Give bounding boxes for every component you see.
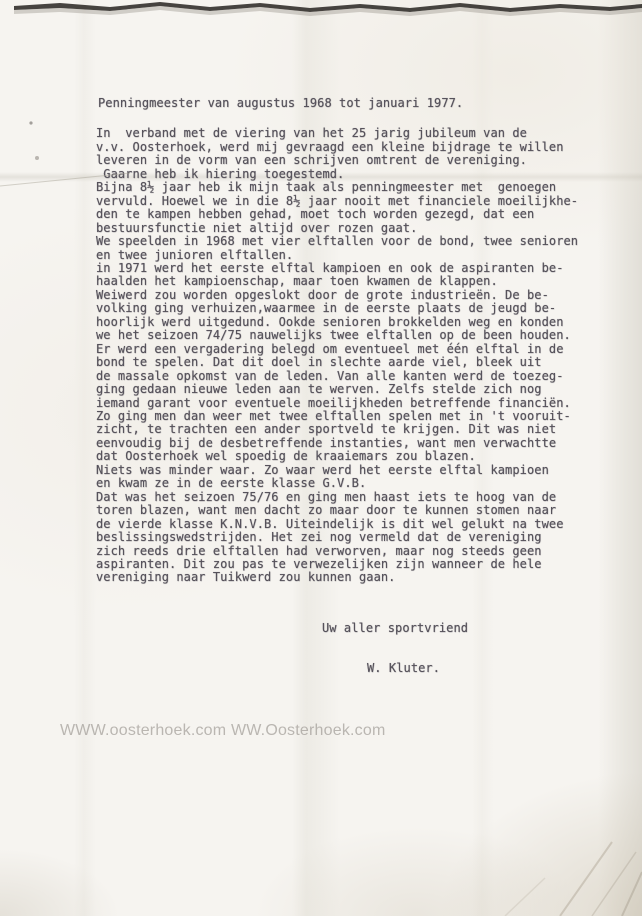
letter-body: In verband met de viering van het 25 jar… — [96, 127, 588, 584]
wrinkle-line — [622, 872, 642, 916]
scanned-letter-page: Penningmeester van augustus 1968 tot jan… — [0, 0, 642, 916]
letter-signoff: Uw aller sportvriend — [322, 622, 588, 635]
wrinkle-line — [505, 878, 545, 916]
wrinkle-line — [592, 852, 636, 916]
letter-closing: Uw aller sportvriend W. Kluter. — [96, 595, 588, 703]
paper-speck — [35, 156, 39, 160]
paper-speck — [29, 121, 32, 124]
wrinkle-line — [560, 842, 612, 916]
letter-signature: W. Kluter. — [367, 662, 588, 675]
typewritten-letter: Penningmeester van augustus 1968 tot jan… — [96, 97, 588, 702]
watermark-text: WWW.oosterhoek.com WW.Oosterhoek.com — [60, 722, 386, 740]
letter-title: Penningmeester van augustus 1968 tot jan… — [98, 97, 588, 110]
torn-paper-edge — [14, 2, 642, 12]
torn-paper-edge-shadow — [14, 6, 642, 16]
